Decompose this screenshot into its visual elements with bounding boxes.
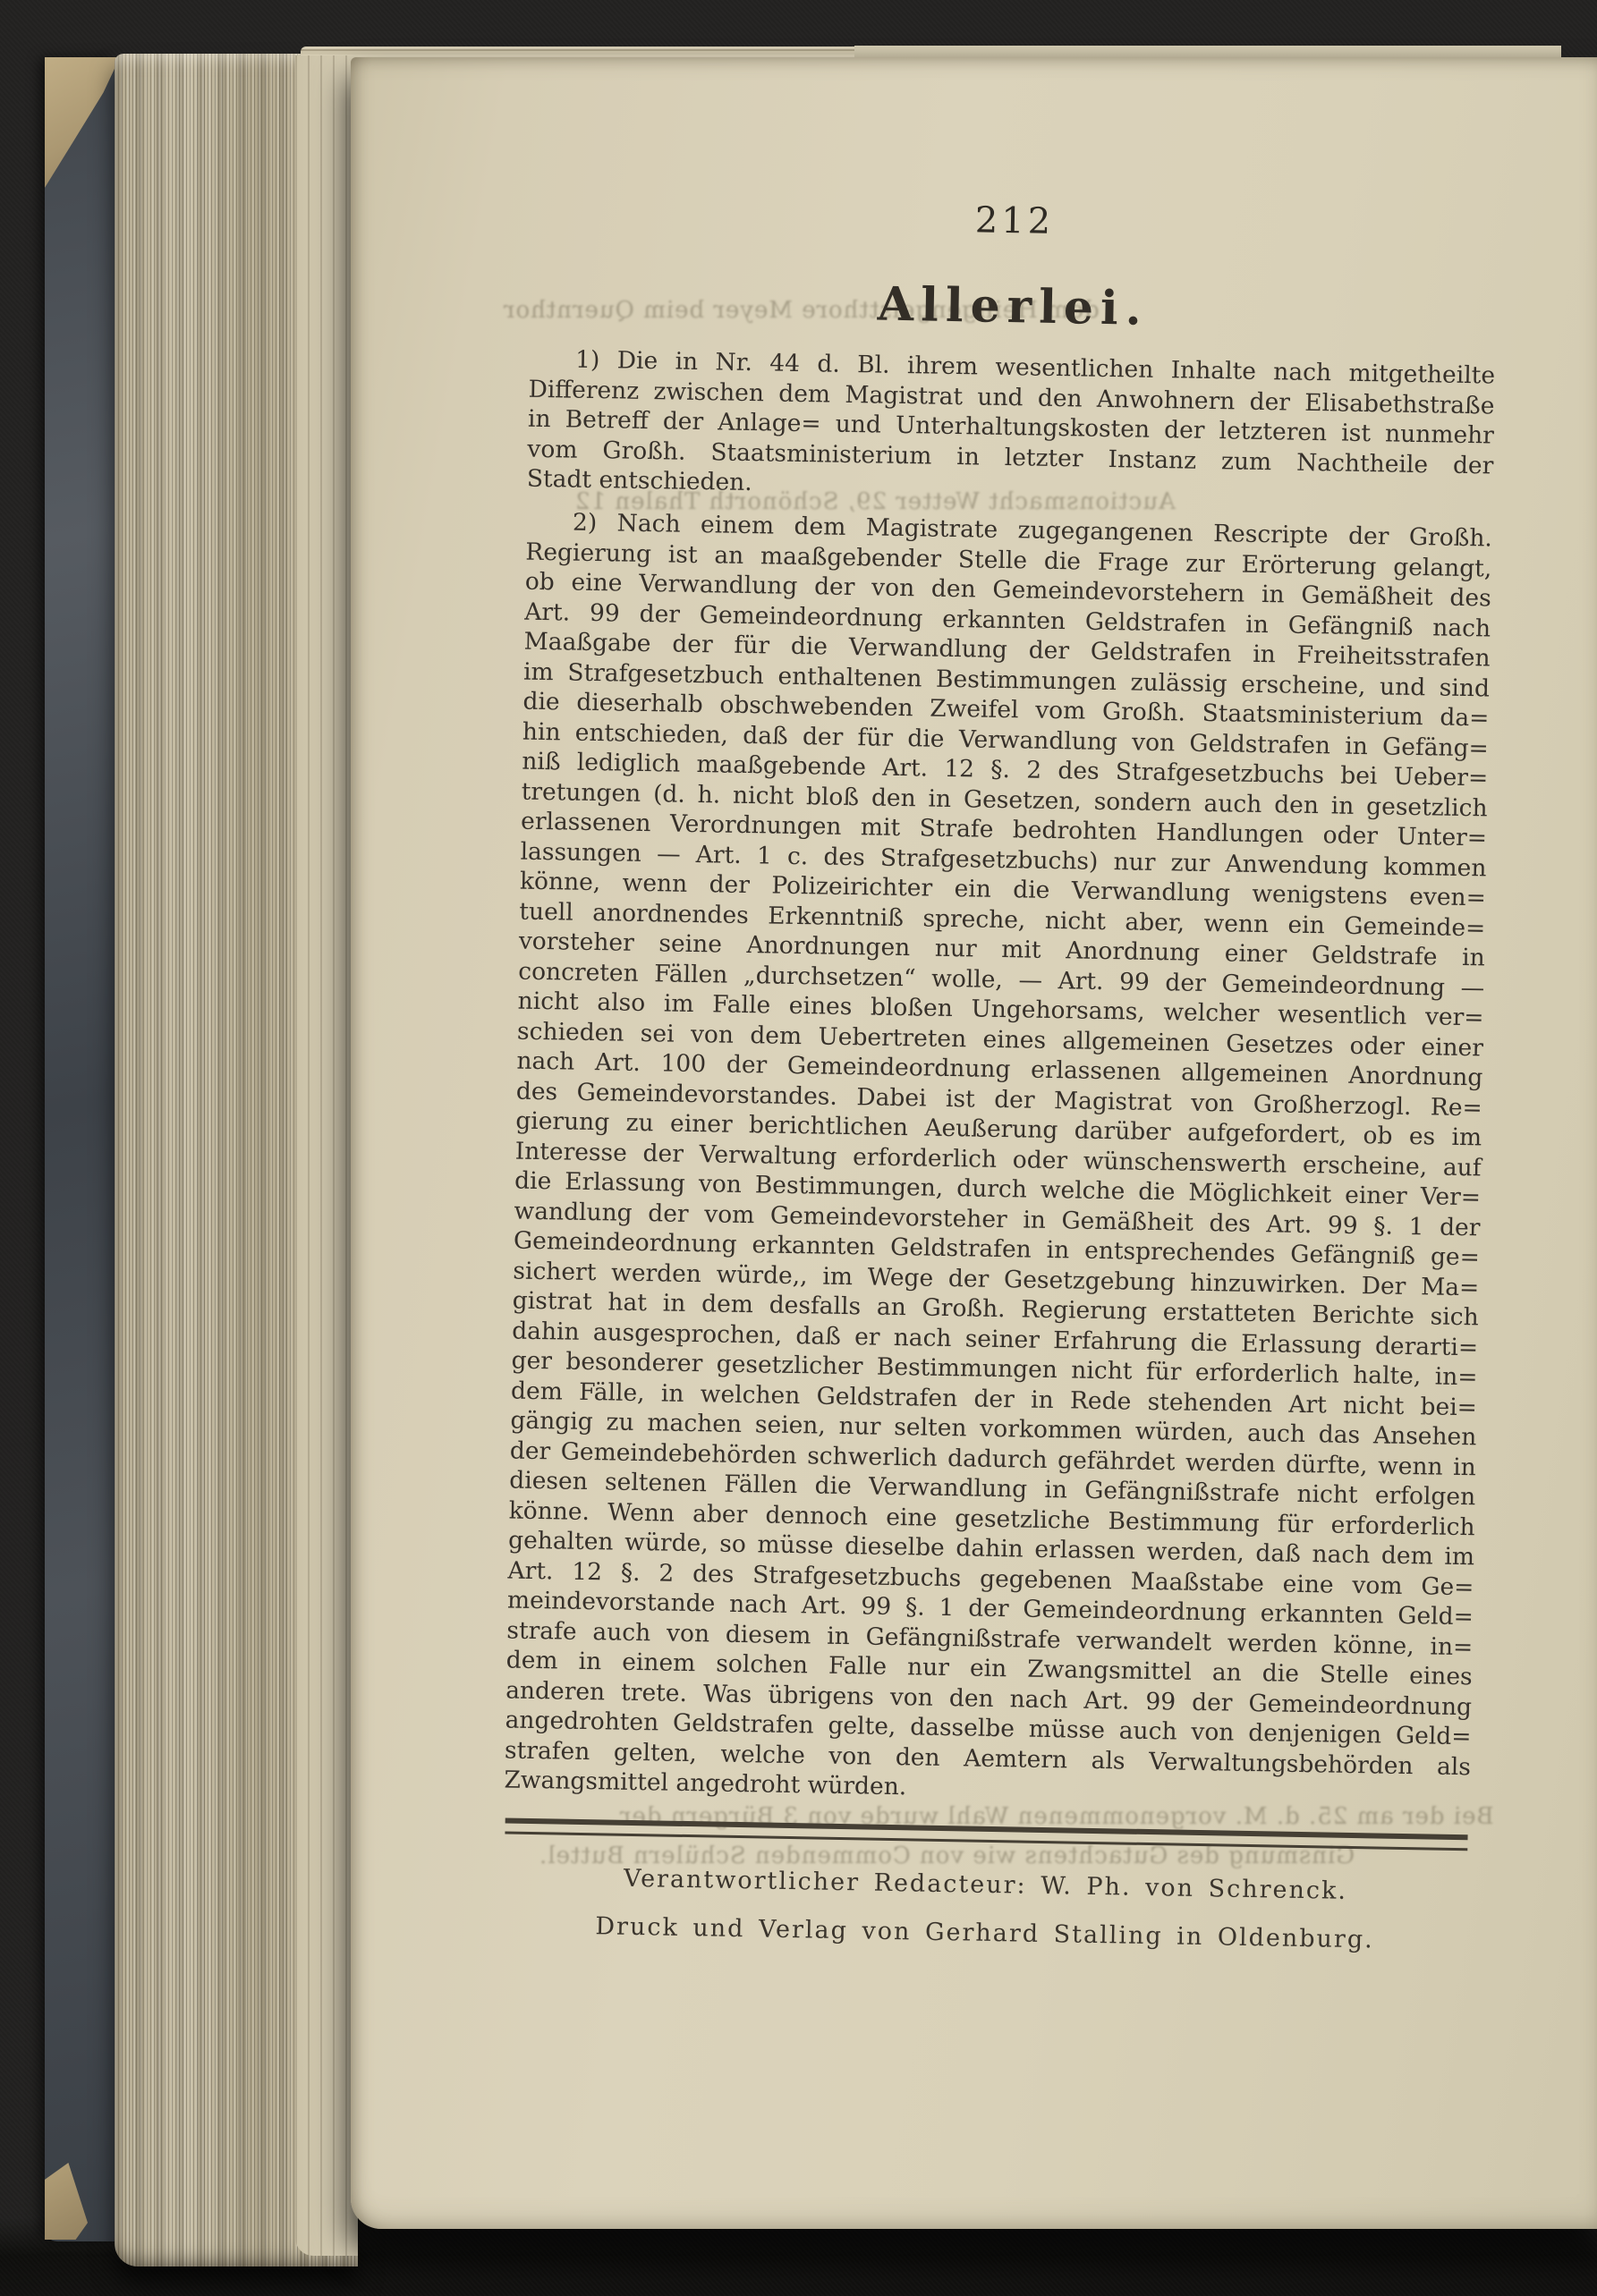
previous-sheet-edge (295, 55, 358, 2256)
section-heading: Allerlei. (530, 271, 1497, 343)
book-cover-edge (45, 57, 116, 2241)
page-number: 212 (531, 192, 1499, 250)
scanned-page: dem Heiligengeistthore Meyer beim Quernt… (351, 57, 1597, 2229)
printed-text-block: 212 Allerlei. 1) Die in Nr. 44 d. Bl. ih… (501, 192, 1499, 1991)
paragraph-1: 1) Die in Nr. 44 d. Bl. ihrem wesentlich… (527, 344, 1496, 511)
publisher-imprint-line: Druck und Verlag von Gerhard Stalling in… (501, 1911, 1467, 1955)
double-rule-divider (505, 1817, 1467, 1851)
paragraph-2: 2) Nach einem dem Magistrate zugegangene… (504, 507, 1492, 1812)
scanned-book-photo: { "page": { "number": "212", "heading": … (0, 0, 1597, 2296)
editor-imprint-line: Verantwortlicher Redacteur: W. Ph. von S… (502, 1862, 1468, 1907)
